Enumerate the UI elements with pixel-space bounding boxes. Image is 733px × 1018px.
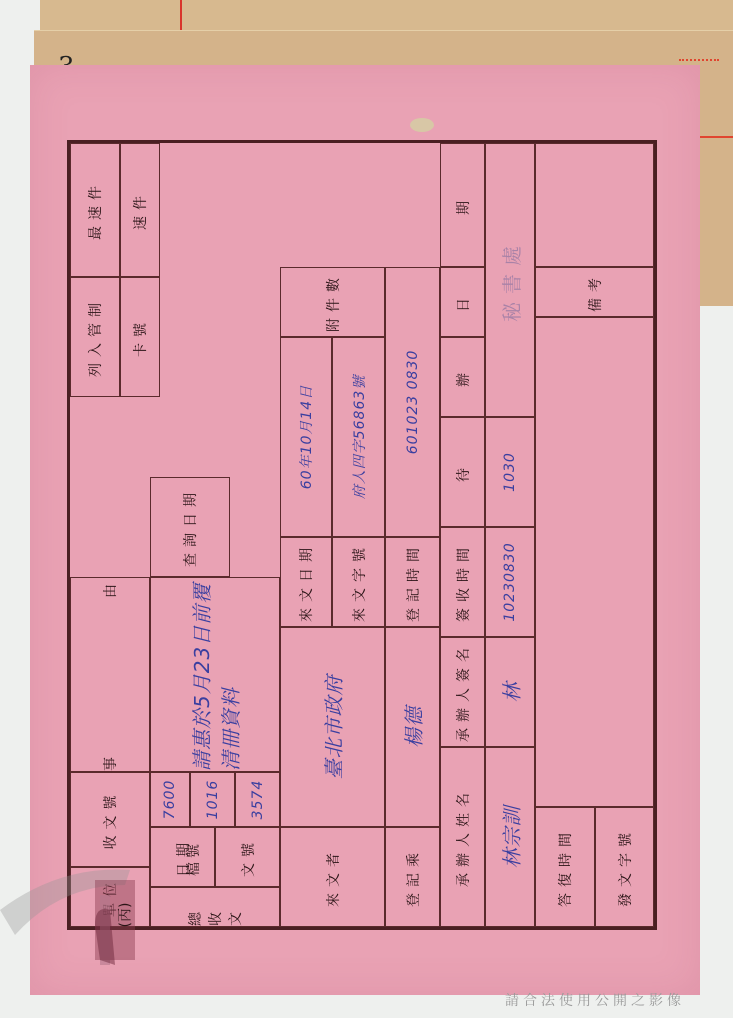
archive-logo-icon [0, 825, 200, 975]
sign-receive-time-value: 10230830 [485, 527, 535, 637]
incoming-number-label: 來文字號 [332, 537, 385, 627]
incoming-date-value: 60年10月14日 [280, 337, 332, 537]
pending-label: 待 [440, 417, 485, 527]
red-dotted-rule [679, 59, 719, 63]
period-label: 期 [440, 143, 485, 267]
pending-value: 1030 [485, 417, 535, 527]
handler-name-label: 承辦人姓名 [440, 747, 485, 927]
incoming-number-value: 府人四字56863號 [332, 337, 385, 537]
file-no-label: 檔號 [183, 840, 203, 876]
subject-value: 請惠於5月23日前覆清冊資料 [150, 577, 280, 772]
register-time-label: 登記時間 [385, 537, 440, 627]
subject-label-end: 由 [100, 578, 120, 598]
document-tracking-form: 單位 收文號 事 由 請惠於5月23日前覆清冊資料 查詢日期 列入管制 卡號 最… [67, 140, 657, 930]
total-date-value: 1016 [190, 772, 235, 827]
remarks-area [535, 317, 654, 807]
done-label: 辦 [440, 337, 485, 417]
faint-stamp: 秘書處 [485, 143, 535, 417]
urgent-most-label: 最速件 [70, 143, 120, 277]
form-rotated-body: 單位 收文號 事 由 請惠於5月23日前覆清冊資料 查詢日期 列入管制 卡號 最… [70, 143, 654, 927]
attachments-label: 附件數 [280, 267, 385, 337]
handler-signature-value: 林 [485, 637, 535, 747]
registrar-label: 登記乘 [385, 827, 440, 927]
subject-label-start: 事 [100, 751, 120, 771]
handler-signature-label: 承辦人簽名 [440, 637, 485, 747]
sender-value: 臺北市政府 [280, 627, 385, 827]
total-code-value: 7600 [150, 772, 190, 827]
total-number-label: 文號 [215, 827, 280, 887]
card-no-label: 卡號 [120, 277, 160, 397]
blank-cell [535, 143, 654, 267]
register-time-value: 601023 0830 [385, 267, 440, 537]
public-use-watermark: 請合法使用公開之影像 [505, 990, 685, 1010]
controlled-label: 列入管制 [70, 277, 120, 397]
urgent-label: 速件 [120, 143, 160, 277]
registrar-value: 楊德 [385, 627, 440, 827]
remarks-label: 備考 [535, 267, 654, 317]
variant-mark: (丙) [114, 903, 134, 928]
incoming-date-label: 來文日期 [280, 537, 332, 627]
subject-label: 事 由 [70, 577, 150, 772]
day-label: 日 [440, 267, 485, 337]
total-number-value: 3574 [235, 772, 280, 827]
handler-name-value: 林宗訓 [485, 747, 535, 927]
sender-label: 來文者 [280, 827, 385, 927]
reply-time-label: 答復時間 [535, 807, 595, 927]
staple-hole [410, 118, 434, 132]
sign-receive-time-label: 簽收時間 [440, 527, 485, 637]
query-date-label: 查詢日期 [150, 477, 230, 577]
red-rule [180, 0, 182, 34]
outgoing-no-label: 發文字號 [595, 807, 654, 927]
